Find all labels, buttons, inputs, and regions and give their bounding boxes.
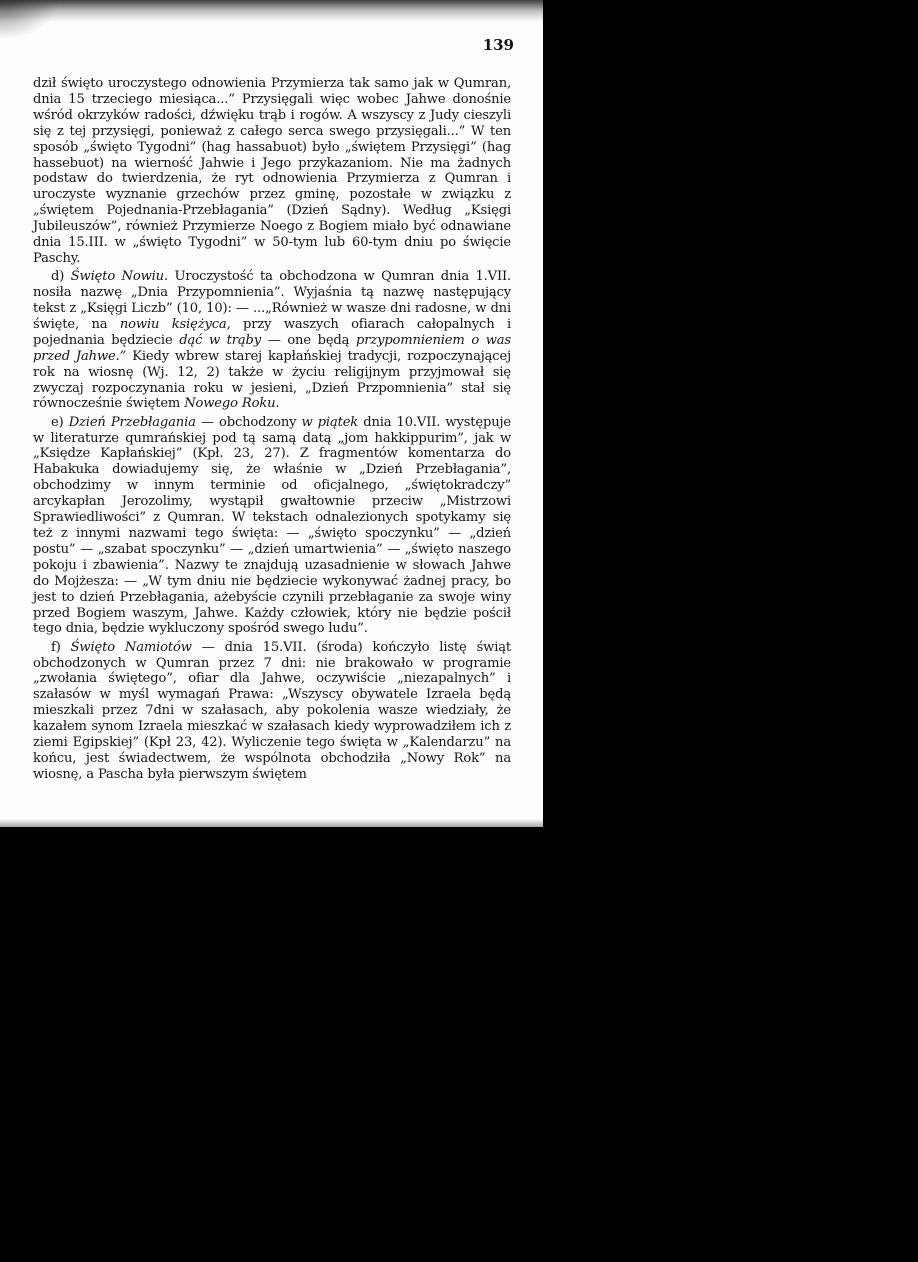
italic-text: Święto Namiotów [71, 640, 192, 655]
text-run: e) [51, 415, 69, 430]
italic-text: nowiu księżyca, [120, 317, 231, 332]
italic-text: Nowego Roku. [184, 396, 279, 411]
text-run: — one będą [261, 333, 356, 348]
text-run: — obchodzony [196, 415, 302, 430]
scan-shadow-bottom [0, 819, 543, 827]
text-run: dził święto uroczystego odnowienia Przym… [33, 76, 511, 266]
text-run: d) [51, 269, 71, 284]
text-run: f) [51, 640, 71, 655]
scanned-book-page: 139 dził święto uroczystego odnowienia P… [0, 0, 543, 827]
paragraph: d) Święto Nowiu. Uroczystość ta obchodzo… [33, 269, 511, 412]
paragraph: dził święto uroczystego odnowienia Przym… [33, 76, 511, 267]
italic-text: Święto Nowiu. [71, 269, 168, 284]
page-number: 139 [483, 36, 514, 54]
text-run: — dnia 15.VII. (środa) kończyło listę św… [33, 640, 511, 782]
body-text: dził święto uroczystego odnowienia Przym… [33, 76, 511, 785]
italic-text: Dzień Przebłagania [69, 415, 196, 430]
text-run: dnia 10.VII. występuje w literaturze qum… [33, 415, 511, 637]
italic-text: w piątek [302, 415, 359, 430]
italic-text: dąć w trąby [179, 333, 261, 348]
scan-shadow-top [0, 0, 543, 22]
paragraph: f) Święto Namiotów — dnia 15.VII. (środa… [33, 640, 511, 783]
paragraph: e) Dzień Przebłagania — obchodzony w pią… [33, 415, 511, 638]
scan-shadow-corner [0, 0, 60, 40]
